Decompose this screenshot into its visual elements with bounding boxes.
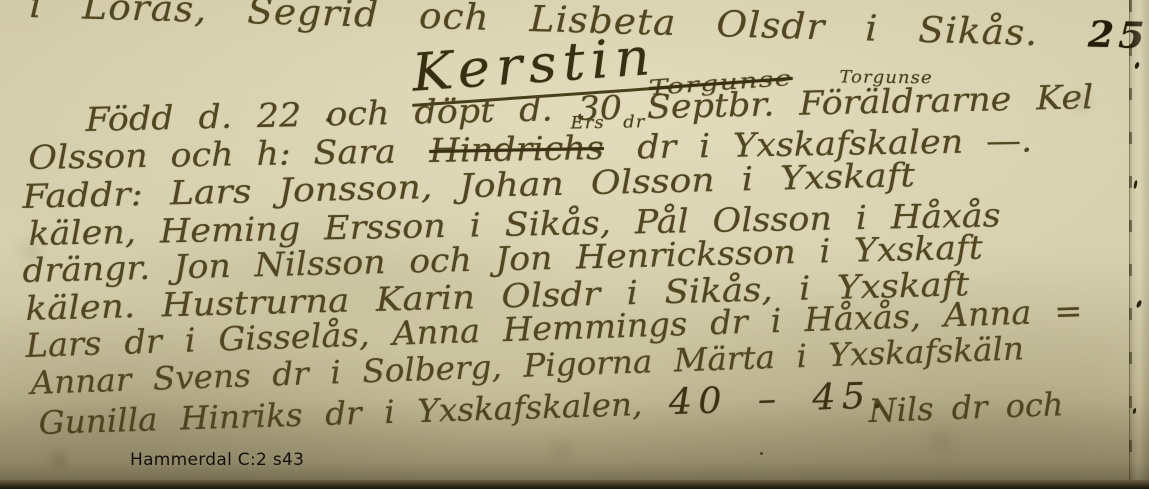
ink-speck [760, 452, 763, 455]
page-edge [1129, 0, 1149, 489]
scan-edge-strip [0, 480, 1149, 489]
paper-stain [40, 430, 42, 432]
page-crease [1129, 0, 1132, 489]
ink-speck [326, 118, 330, 122]
archive-reference-caption: Hammerdal C:2 s43 [130, 450, 304, 470]
handwritten-line-maids-2: Nils dr och [868, 385, 1064, 430]
inserted-word-torgunse: Torgunse [839, 67, 933, 88]
bottom-number-note: 40 – 45. [668, 375, 889, 423]
inserted-patronymic: Ers dr [570, 112, 645, 133]
manuscript-page: i Lorås, Segrid och Lisbeta Olsdr i Sikå… [0, 0, 1149, 489]
